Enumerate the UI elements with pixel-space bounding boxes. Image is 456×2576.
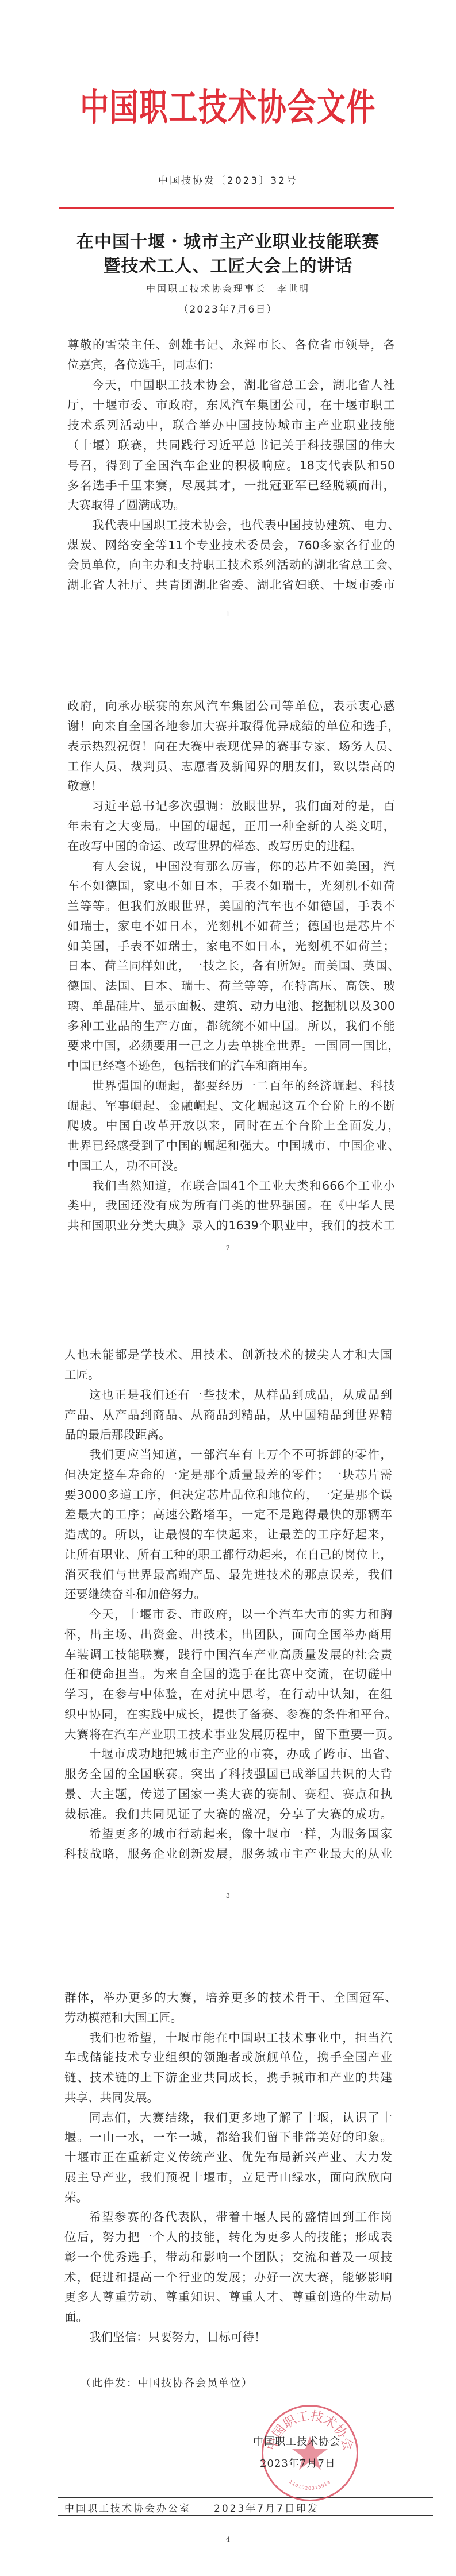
seal-star-icon: 中国职工技术协会 1101020313914 (263, 2407, 357, 2500)
body-line: 学习，在参与中体验，在对抗中思考，在行动中认知，在组 (64, 1687, 392, 1702)
body-line: 人也未能都是学技术、用技术、创新技术的拔尖人才和大国 (64, 1347, 392, 1362)
body-line: 产品、从产品到商品、从商品到精品，从中国精品到世界精 (64, 1407, 392, 1422)
body-line: 崛起、军事崛起、金融崛起、文化崛起这五个台阶上的不断 (67, 1098, 395, 1113)
document-number: 中国技协发〔2023〕32号 (0, 172, 456, 187)
body-line: 会员单位，向主办和支持职工技术系列活动的湖北省总工会、 (67, 557, 400, 572)
body-line: 车不如德国，家电不如日本，手表不如瑞士，光刻机不如荷 (67, 878, 395, 893)
body-line: 日本、荷兰同样如此，一技之长，各有所短。而美国、英国、 (67, 958, 400, 973)
body-line: 兰等等。但我们放眼世界，美国的汽车也不如德国，手表不 (67, 898, 395, 913)
body-line: 十堰市正在重新定义传统产业、优先布局新兴产业、大力发 (64, 2150, 392, 2165)
body-line: 政府，向承办联赛的东风汽车集团公司等单位，表示衷心感 (67, 699, 395, 714)
body-line: 荣。 (64, 2190, 392, 2205)
body-line: 希望更多的城市行动起来，像十堰市一样，为服务国家 (89, 1826, 392, 1841)
page-number: 3 (0, 1892, 456, 1899)
body-line: 习近平总书记多次强调：放眼世界，我们面对的是，百 (92, 799, 395, 813)
body-line: 堰。一山一水，一车一城，都给我们留下非常美好的印象。 (64, 2130, 392, 2145)
body-line: 湖北省人社厅、共青团湖北省委、湖北省妇联、十堰市委市 (67, 577, 395, 592)
body-line: 共和国职业分类大典》录入的1639个职业中，我们的技术工 (67, 1218, 395, 1233)
body-line: 任和使命担当。为来自全国的选手在比赛中交流，在切磋中 (64, 1667, 392, 1682)
body-line: 还要继续奋斗和加倍努力。 (64, 1587, 392, 1602)
body-line: 科技战略，服务企业创新发展，服务城市主产业最大的从业 (64, 1846, 392, 1861)
body-line: 工作人员、裁判员、志愿者及新闻界的朋友们，致以崇高的 (67, 759, 395, 774)
body-line: 年未有之大变局。中国的崛起，正用一种全新的人类文明， (67, 819, 395, 834)
masthead-title: 中国职工技术协会文件 (50, 85, 406, 131)
body-line: 彰一个优秀选手，带动和影响一个团队；交流和普及一项技 (64, 2250, 392, 2265)
signature-organization: 中国职工技术协会 (253, 2434, 340, 2448)
body-line: 多种工业品的生产方面，都统统不如中国。所以，我们不能 (67, 1019, 395, 1034)
speaker-byline: 中国职工技术协会理事长 李世明 (0, 281, 456, 295)
body-line: 同志们，大赛结缘，我们更多地了解了十堰，认识了十 (89, 2110, 392, 2125)
body-line: 面。 (64, 2309, 392, 2324)
speech-title-line-1: 在中国十堰・城市主产业职业技能联赛 (0, 231, 456, 254)
svg-text:1101020313914: 1101020313914 (288, 2479, 332, 2491)
page-number: 2 (0, 1244, 456, 1252)
body-line: 群体，举办更多的大赛，培养更多的技术骨干、全国冠军、 (64, 1990, 397, 2005)
body-line: 造成的。所以，让最慢的车快起来，让最差的工序好起来， (64, 1527, 392, 1542)
body-line: 在改写中国的命运、改写世界的样态、改写历史的进程。 (67, 839, 395, 854)
body-line: 共享、共同发展。 (64, 2090, 392, 2105)
body-line: 裁标准。我们共同见证了大赛的盛况，分享了大赛的成功。 (64, 1807, 392, 1822)
body-line: 要3000多道工序，但决定芯片品位和地位的，一定是那个误 (64, 1487, 392, 1502)
body-line: 怀，出主场、出资金、出技术，出团队，面向全国举办商用 (64, 1627, 392, 1642)
body-line: 敬意！ (67, 778, 395, 793)
page-number: 1 (0, 611, 456, 618)
closing-line: 我们坚信：只要努力，目标可待！ (89, 2330, 319, 2344)
body-line: 术，促进和提高一个行业的发展；办好一次大赛，能够影响 (64, 2270, 392, 2285)
body-line: 车装调工技能联赛，践行中国汽车产业高质量发展的社会责 (64, 1647, 392, 1662)
body-line: 今天，十堰市委、市政府，以一个汽车大市的实力和胸 (89, 1607, 392, 1622)
body-line: 如瑞士，家电不如日本，光刻机不如荷兰；德国也是芯片不 (67, 919, 395, 934)
body-line: 如美国，手表不如瑞士，家电不如日本，光刻机不如荷兰； (67, 939, 395, 954)
body-line: 多名选手千里来赛，尽展其才，一批冠亚军已经脱颖而出， (67, 478, 395, 493)
body-line: 但决定整车寿命的一定是那个质量最差的零件；一块芯片需 (64, 1467, 392, 1482)
body-line: 大赛取得了圆满成功。 (67, 498, 395, 512)
body-line: 景、大主题，传递了国家一类大赛的赛制、赛程、赛点和执 (64, 1787, 392, 1802)
issue-date: 2023年7月7日印发 (214, 2500, 319, 2515)
body-line: 类中，我国还没有成为所有门类的世界强国。在《中华人民 (67, 1198, 395, 1213)
body-line: 爬坡。中国自改革开放以来，同时在五个台阶上全面发力， (67, 1118, 400, 1133)
body-line: 技术系列活动中，联合举办中国技协城市主产业职业技能 (67, 418, 395, 433)
body-line: 十堰市成功地把城市主产业的市赛，办成了跨市、出省、 (89, 1746, 397, 1761)
body-line: 谢！向来自全国各地参加大赛并取得优异成绩的单位和选手， (67, 719, 400, 734)
official-seal: 中国职工技术协会 1101020313914 (262, 2405, 358, 2501)
body-line: 品的最后那段距离。 (64, 1427, 392, 1442)
distribution-note: （此件发：中国技协各会员单位） (81, 2375, 253, 2390)
body-line: 差最大的工序；高速公路堵车，一定不是跑得最快的那辆车 (64, 1507, 392, 1522)
body-line: 织中协同，在实践中成长，提供了备赛、参赛的条件和平台。 (64, 1707, 397, 1722)
body-line: 我代表中国职工技术协会，也代表中国技协建筑、电力、 (92, 518, 400, 533)
body-line: 位嘉宾，各位选手，同志们： (67, 357, 395, 372)
body-line: 要求中国，必须要用一己之力去单挑全世界。一国同一国比， (67, 1038, 400, 1053)
body-line: 璃、单晶硅片、显示面板、建筑、动力电池、挖掘机以及300 (67, 998, 395, 1013)
footer-top-rule (58, 2497, 433, 2498)
body-line: 这也正是我们还有一些技术，从样品到成品，从成品到 (89, 1387, 392, 1402)
body-line: 中国已经毫不逊色，包括我们的汽车和商用车。 (67, 1058, 395, 1073)
body-line: 世界已经感受到了中国的崛起和强大。中国城市、中国企业、 (67, 1138, 400, 1153)
speech-date: （2023年7月6日） (0, 301, 456, 315)
body-line: 服务全国的全国联赛。突出了科技强国已成举国共识的大背 (64, 1767, 392, 1781)
body-line: 工匠。 (64, 1367, 392, 1382)
body-line: 劳动模范和大国工匠。 (64, 2010, 392, 2025)
signature-date: 2023年7月7日 (260, 2455, 336, 2470)
issuing-office: 中国职工技术协会办公室 (64, 2500, 191, 2515)
speech-title-line-2: 暨技术工人、工匠大会上的讲话 (0, 255, 456, 278)
footer-bottom-rule (58, 2515, 433, 2516)
page-number: 4 (0, 2536, 456, 2543)
body-line: 更多人尊重劳动、尊重知识、尊重人才、尊重创造的生动局 (64, 2289, 392, 2304)
body-line: 让所有职业、所有工种的职工都行动起来，在自己的岗位上， (64, 1547, 392, 1562)
body-line: （十堰）联赛，共同践行习近平总书记关于科技强国的伟大 (67, 438, 395, 453)
body-line: 煤炭、网络安全等11个专业技术委员会，760多家各行业的 (67, 538, 395, 553)
body-line: 位后，努力把一个人的技能，转化为更多人的技能；形成表 (64, 2230, 392, 2245)
body-line: 有人会说，中国没有那么厉害，你的芯片不如美国，汽 (92, 859, 395, 874)
body-line: 希望参赛的各代表队，带着十堰人民的盛情回到工作岗 (89, 2209, 392, 2224)
body-line: 我们也希望，十堰市能在中国职工技术事业中，担当汽 (89, 2030, 392, 2045)
body-line: 世界强国的崛起，都要经历一二百年的经济崛起、科技 (92, 1078, 395, 1093)
body-line: 厅，十堰市委、市政府，东风汽车集团公司，在十堰市职工 (67, 398, 395, 412)
body-line: 今天，中国职工技术协会，湖北省总工会，湖北省人社 (92, 377, 395, 392)
body-line: 链、技术链的上下游企业共同成长，携手城市和产业的共建 (64, 2070, 392, 2085)
body-line: 大赛将在汽车产业职工技术事业发展历程中，留下重要一页。 (64, 1727, 400, 1742)
body-line: 尊敬的雪荣主任、剑雄书记、永辉市长、各位省市领导，各 (67, 337, 395, 352)
body-line: 德国、法国、日本、瑞士、荷兰等等，在特高压、高铁、玻 (67, 978, 395, 993)
body-line: 表示热烈祝贺！向在大赛中表现优异的赛事专家、场务人员、 (67, 739, 400, 754)
body-line: 展主导产业，我们预祝十堰市，立足青山绿水，面向欣欣向 (64, 2170, 392, 2185)
body-line: 中国工人，功不可没。 (67, 1158, 395, 1173)
masthead-divider (59, 207, 394, 209)
body-line: 消灭我们与世界最高端产品、最先进技术的那点误差，我们 (64, 1567, 392, 1582)
body-line: 我们当然知道，在联合国41个工业大类和666个工业小 (92, 1178, 395, 1193)
body-line: 号召，得到了全国汽车企业的积极响应。18支代表队和50 (67, 458, 395, 473)
body-line: 车或储能技术专业组织的领跑者或旗舰单位，携手全国产业 (64, 2050, 392, 2065)
body-line: 我们更应当知道，一部汽车有上万个不可拆卸的零件， (89, 1447, 392, 1462)
